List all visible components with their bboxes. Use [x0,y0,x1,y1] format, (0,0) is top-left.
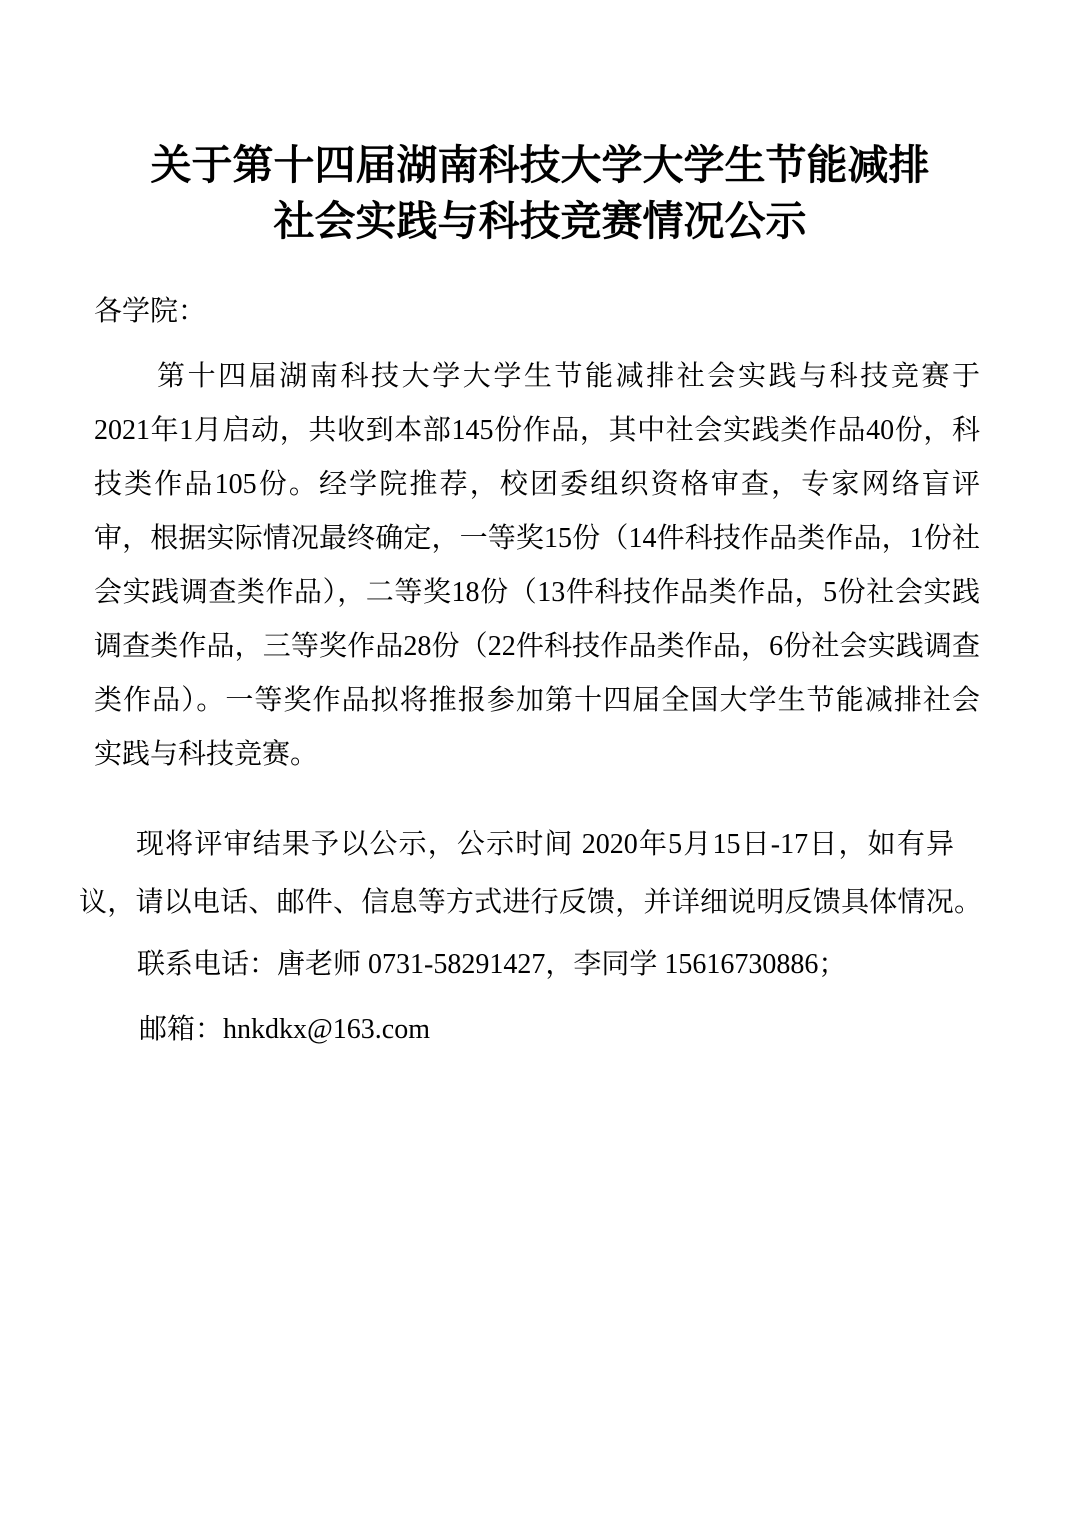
title-line-2: 社会实践与科技竞赛情况公示 [0,193,1080,249]
contact-phone-line: 联系电话：唐老师 0731-58291427，李同学 15616730886； [94,936,1080,994]
document-page: 关于第十四届湖南科技大学大学生节能减排 社会实践与科技竞赛情况公示 各学院： 第… [0,0,1080,1527]
paragraph-1-line-1: 第十四届湖南科技大学大学生节能减排社会实践与科技竞赛于 [94,350,980,404]
paragraph-1-line-5: 会实践调查类作品），二等奖18份（13件科技作品类作品，5份社会实践 [94,566,980,620]
title-line-1: 关于第十四届湖南科技大学大学生节能减排 [0,137,1080,193]
document-title: 关于第十四届湖南科技大学大学生节能减排 社会实践与科技竞赛情况公示 [0,0,1080,249]
contact-email-line: 邮箱：hnkdkx@163.com [94,1001,1080,1059]
paragraph-1-line-7: 类作品）。一等奖作品拟将推报参加第十四届全国大学生节能减排社会 [94,674,980,728]
salutation: 各学院： [94,285,1080,339]
paragraph-1-line-8: 实践与科技竞赛。 [94,728,980,782]
paragraph-1-line-2: 2021年1月启动，共收到本部145份作品，其中社会实践类作品40份，科 [94,404,980,458]
paragraph-2-line-2: 议，请以电话、邮件、信息等方式进行反馈，并详细说明反馈具体情况。 [79,874,982,932]
paragraph-1-line-6: 调查类作品，三等奖作品28份（22件科技作品类作品，6份社会实践调查 [94,620,980,674]
paragraph-2: 现将评审结果予以公示，公示时间 2020年5月15日-17日，如有异 议，请以电… [94,816,1080,932]
paragraph-1: 第十四届湖南科技大学大学生节能减排社会实践与科技竞赛于 2021年1月启动，共收… [94,350,1080,782]
paragraph-1-line-4: 审，根据实际情况最终确定，一等奖15份（14件科技作品类作品，1份社 [94,512,980,566]
paragraph-1-line-3: 技类作品105份。经学院推荐，校团委组织资格审查，专家网络盲评 [94,458,980,512]
paragraph-2-line-1: 现将评审结果予以公示，公示时间 2020年5月15日-17日，如有异 [94,816,954,874]
